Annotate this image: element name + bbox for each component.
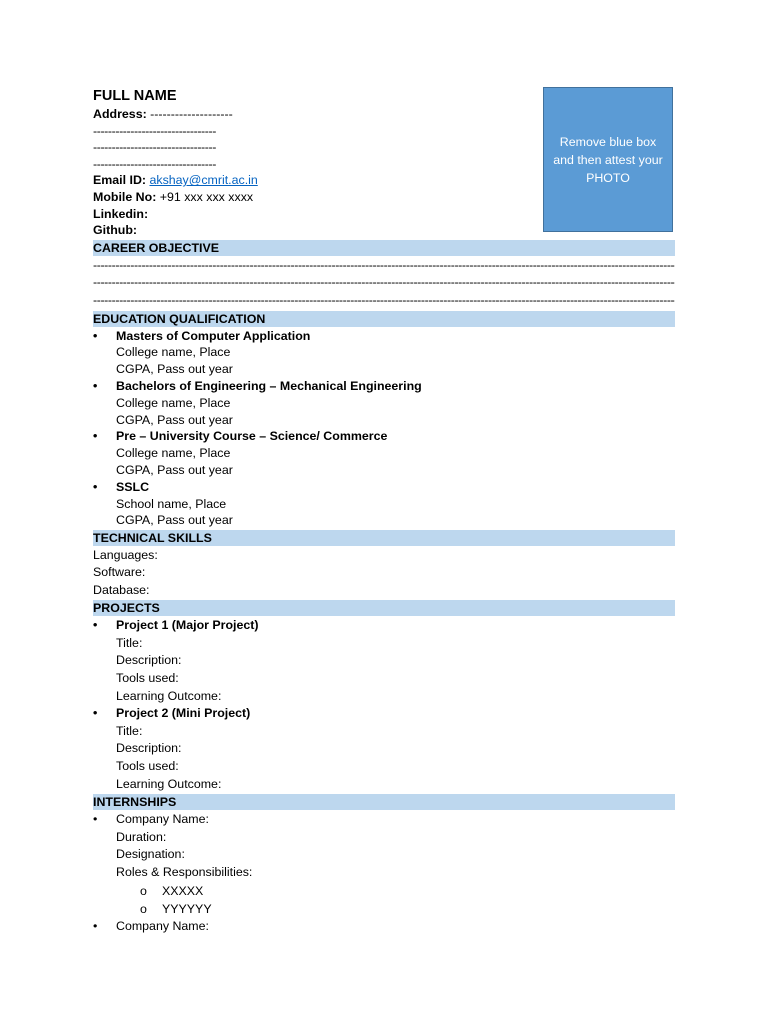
education-item-title[interactable]: •Masters of Computer Application <box>93 328 675 345</box>
internship-company[interactable]: •Company Name: <box>93 918 675 936</box>
project-field-title[interactable]: Title: <box>93 723 675 741</box>
address-value: -------------------- <box>150 107 233 121</box>
section-heading-technical-skills: TECHNICAL SKILLS <box>93 530 675 546</box>
bullet-icon: • <box>93 428 97 445</box>
bullet-icon: • <box>93 811 97 829</box>
internship-designation[interactable]: Designation: <box>93 846 675 864</box>
email-line: Email ID: akshay@cmrit.ac.in <box>93 172 675 189</box>
internship-duration[interactable]: Duration: <box>93 829 675 847</box>
internship-role-item[interactable]: oYYYYYY <box>93 900 675 918</box>
project-field-tools[interactable]: Tools used: <box>93 758 675 776</box>
email-label: Email ID: <box>93 173 146 187</box>
resume-document: FULL NAME Address: -------------------- … <box>93 86 675 935</box>
project-field-outcome[interactable]: Learning Outcome: <box>93 688 675 706</box>
mobile-label: Mobile No: <box>93 190 156 204</box>
full-name[interactable]: FULL NAME <box>93 86 675 106</box>
education-item-institution[interactable]: School name, Place <box>93 496 675 513</box>
project-field-tools[interactable]: Tools used: <box>93 670 675 688</box>
project-field-description[interactable]: Description: <box>93 740 675 758</box>
bullet-icon: • <box>93 479 97 496</box>
bullet-icon: • <box>93 378 97 395</box>
education-item-title[interactable]: •Bachelors of Engineering – Mechanical E… <box>93 378 675 395</box>
education-item-title[interactable]: •Pre – University Course – Science/ Comm… <box>93 428 675 445</box>
objective-line[interactable]: ----------------------------------------… <box>93 292 675 310</box>
sub-bullet-icon: o <box>140 900 147 918</box>
bullet-icon: • <box>93 918 97 936</box>
internship-company[interactable]: •Company Name: <box>93 811 675 829</box>
mobile-value: +91 xxx xxx xxxx <box>160 190 253 204</box>
section-heading-internships: INTERNSHIPS <box>93 794 675 810</box>
project-field-title[interactable]: Title: <box>93 635 675 653</box>
education-item-title[interactable]: •SSLC <box>93 479 675 496</box>
linkedin-label[interactable]: Linkedin: <box>93 206 675 223</box>
mobile-line[interactable]: Mobile No: +91 xxx xxx xxxx <box>93 189 675 206</box>
objective-line[interactable]: ----------------------------------------… <box>93 257 675 275</box>
github-label[interactable]: Github: <box>93 222 675 239</box>
project-title[interactable]: •Project 1 (Major Project) <box>93 617 675 635</box>
internship-role-item[interactable]: oXXXXX <box>93 882 675 900</box>
education-item-institution[interactable]: College name, Place <box>93 344 675 361</box>
address-line-2[interactable]: --------------------------------- <box>93 123 675 140</box>
bullet-icon: • <box>93 705 97 723</box>
section-heading-projects: PROJECTS <box>93 600 675 616</box>
internship-roles[interactable]: Roles & Responsibilities: <box>93 864 675 882</box>
project-title[interactable]: •Project 2 (Mini Project) <box>93 705 675 723</box>
education-item-institution[interactable]: College name, Place <box>93 395 675 412</box>
skills-software[interactable]: Software: <box>93 564 675 581</box>
address-line-3[interactable]: --------------------------------- <box>93 139 675 156</box>
address-line[interactable]: Address: -------------------- <box>93 106 675 123</box>
education-list: •Masters of Computer Application College… <box>93 328 675 530</box>
bullet-icon: • <box>93 328 97 345</box>
address-label: Address: <box>93 107 147 121</box>
project-field-outcome[interactable]: Learning Outcome: <box>93 776 675 794</box>
email-link[interactable]: akshay@cmrit.ac.in <box>149 173 257 187</box>
section-heading-career-objective: CAREER OBJECTIVE <box>93 240 675 256</box>
objective-line[interactable]: ----------------------------------------… <box>93 274 675 292</box>
section-heading-education: EDUCATION QUALIFICATION <box>93 311 675 327</box>
address-line-4[interactable]: --------------------------------- <box>93 156 675 173</box>
education-item-score[interactable]: CGPA, Pass out year <box>93 512 675 529</box>
education-item-score[interactable]: CGPA, Pass out year <box>93 361 675 378</box>
sub-bullet-icon: o <box>140 882 147 900</box>
education-item-score[interactable]: CGPA, Pass out year <box>93 462 675 479</box>
education-item-score[interactable]: CGPA, Pass out year <box>93 412 675 429</box>
project-field-description[interactable]: Description: <box>93 652 675 670</box>
education-item-institution[interactable]: College name, Place <box>93 445 675 462</box>
bullet-icon: • <box>93 617 97 635</box>
skills-languages[interactable]: Languages: <box>93 547 675 564</box>
skills-database[interactable]: Database: <box>93 582 675 599</box>
